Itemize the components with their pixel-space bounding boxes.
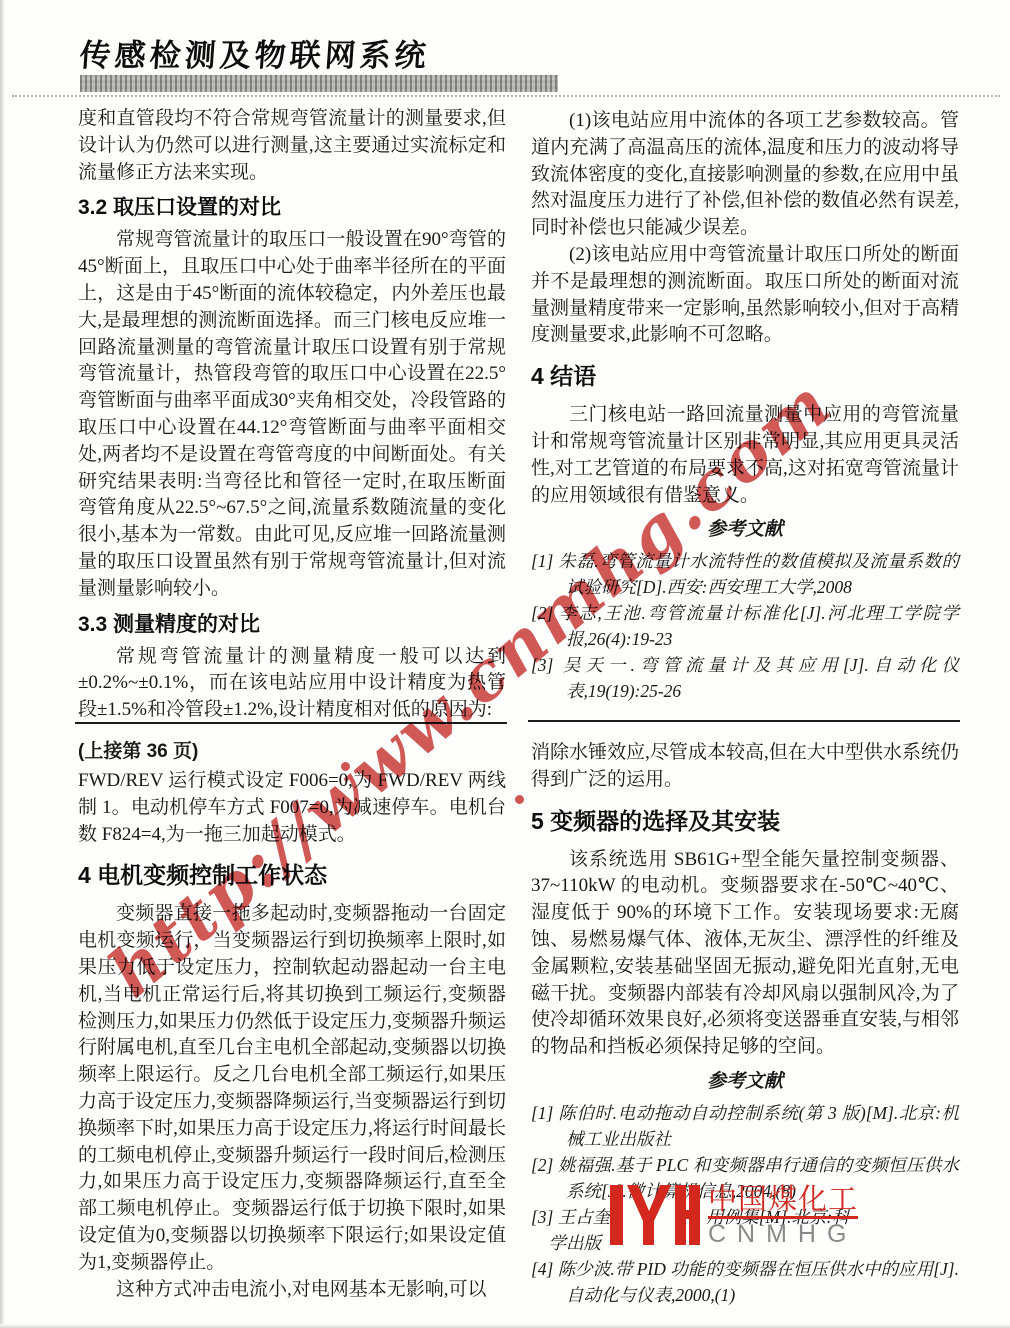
paragraph-water-hammer: 消除水锤效应,尽管成本较高,但在大中型供水系统仍得到广泛的运用。 bbox=[531, 740, 959, 794]
section-heading-3-3: 3.3 测量精度的对比 bbox=[78, 614, 506, 635]
references-heading: 参考文献 bbox=[531, 520, 959, 540]
section-heading-vfd-selection: 5 变频器的选择及其安装 bbox=[531, 809, 959, 833]
watermark-dot bbox=[515, 795, 524, 804]
references-heading: 参考文献 bbox=[531, 1072, 959, 1092]
continued-from-note: (上接第 36 页) bbox=[78, 740, 506, 764]
reference-item: [3] 吴天一.弯管流量计及其应用[J].自动化仪表,19(19):25-26 bbox=[531, 652, 959, 704]
masthead-texture-bar bbox=[80, 75, 558, 92]
section-heading-3-2: 3.2 取压口设置的对比 bbox=[78, 197, 506, 218]
scanned-paper-page: 传感检测及物联网系统 度和直管段均不符合常规弯管流量计的测量要求,但设计认为仍然… bbox=[0, 0, 1010, 1328]
cnmhg-logo-chinese-name: 中国煤化工 bbox=[708, 1185, 858, 1219]
paragraph-vfd-operation: 变频器直接一拖多起动时,变频器拖动一台固定电机变频运行，当变频器运行到切换频率上… bbox=[78, 901, 506, 1276]
section-heading-conclusion: 4 结语 bbox=[531, 364, 959, 388]
top-right-column: (1)该电站应用中流体的各项工艺参数较高。管道内充满了高温高压的流体,温度和压力… bbox=[531, 108, 959, 704]
paragraph-continuation: 度和直管段均不符合常规弯管流量计的测量要求,但设计认为仍然可以进行测量,这主要通… bbox=[78, 106, 506, 186]
paragraph-item-2: (2)该电站应用中弯管流量计取压口所处的断面并不是最理想的测流断面。取压口所处的… bbox=[531, 242, 959, 349]
bottom-left-column: (上接第 36 页) FWD/REV 运行模式设定 F006=0,为 FWD/R… bbox=[78, 740, 506, 1303]
cnmhg-logo-text: 中国煤化工 CNMHG bbox=[708, 1185, 858, 1247]
paragraph-vfd-selection: 该系统选用 SB61G+型全能矢量控制变频器、37~110kW 的电动机。变频器… bbox=[531, 847, 959, 1061]
journal-title: 传感检测及物联网系统 bbox=[78, 30, 431, 75]
paragraph-vfd-benefit: 这种方式冲击电流小,对电网基本无影响,可以 bbox=[78, 1277, 506, 1304]
paragraph-conclusion: 三门核电站一路回流量测量中应用的弯管流量计和常规弯管流量计区别非常明显,其应用更… bbox=[531, 402, 959, 509]
cnmhg-logo-mark-icon bbox=[610, 1185, 700, 1245]
masthead-rule bbox=[12, 95, 1000, 97]
reference-item: [1] 陈伯时.电动拖动自动控制系统(第 3 版)[M].北京:机械工业出版社 bbox=[531, 1100, 959, 1152]
article-divider-left bbox=[75, 722, 507, 724]
cnmhg-logo: 中国煤化工 CNMHG bbox=[610, 1185, 858, 1247]
paragraph-section-3-2: 常规弯管流量计的取压口一般设置在90°弯管的45°断面上，且取压口中心处于曲率半… bbox=[78, 227, 506, 602]
paragraph-item-1: (1)该电站应用中流体的各项工艺参数较高。管道内充满了高温高压的流体,温度和压力… bbox=[531, 108, 959, 242]
reference-item: [2] 李志,王池.弯管流量计标准化[J].河北理工学院学报,26(4):19-… bbox=[531, 600, 959, 652]
reference-item: [4] 陈少波.带 PID 功能的变频器在恒压供水中的应用[J].自动化与仪表,… bbox=[531, 1256, 959, 1308]
top-left-column: 度和直管段均不符合常规弯管流量计的测量要求,但设计认为仍然可以进行测量,这主要通… bbox=[78, 106, 506, 724]
watermark-dot bbox=[341, 762, 350, 771]
paragraph-fwd-rev: FWD/REV 运行模式设定 F006=0,为 FWD/REV 两线制 1。电动… bbox=[78, 768, 506, 848]
article-divider-right bbox=[528, 720, 960, 722]
cnmhg-logo-latin-name: CNMHG bbox=[708, 1221, 858, 1247]
reference-fragment: [3] 王占奎 bbox=[531, 1207, 610, 1227]
section-heading-motor-vfd: 4 电机变频控制工作状态 bbox=[78, 863, 506, 887]
reference-item: [1] 朱磊.弯管流量计水流特性的数值模拟及流量系数的试验研究[D].西安:西安… bbox=[531, 548, 959, 600]
paragraph-section-3-3: 常规弯管流量计的测量精度一般可以达到±0.2%~±0.1%，而在该电站应用中设计… bbox=[78, 644, 506, 724]
